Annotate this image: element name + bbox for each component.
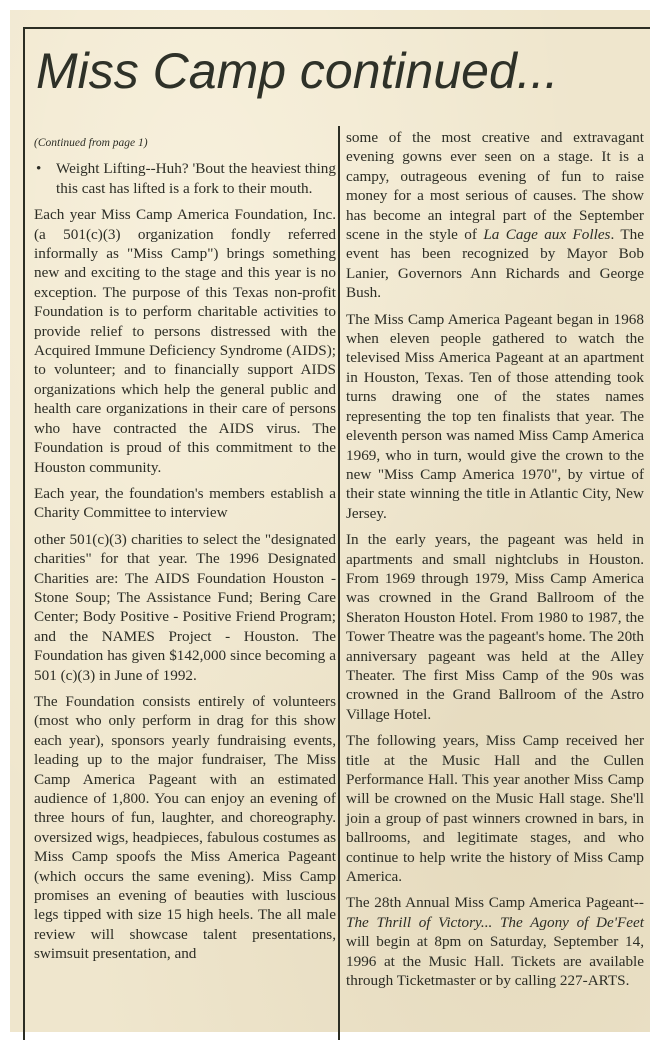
bullet-dot-icon: • [34,159,56,198]
paragraph: The Miss Camp America Pageant began in 1… [346,310,644,523]
pageant-title-italic: The Thrill of Victory... The Agony of De… [346,914,644,931]
left-border-rule [23,27,25,1040]
paragraph: In the early years, the pageant was held… [346,530,644,724]
paragraph: Each year, the foundation's members esta… [34,484,336,523]
right-column: some of the most creative and extravagan… [346,128,644,997]
text: The 28th Annual Miss Camp America Pagean… [346,894,644,911]
newspaper-clipping: Miss Camp continued... (Continued from p… [10,10,650,1032]
paragraph: The Foundation consists entirely of volu… [34,692,336,964]
show-title-italic: La Cage aux Folles [483,226,610,243]
paragraph: The 28th Annual Miss Camp America Pagean… [346,893,644,990]
paragraph: The following years, Miss Camp received … [346,731,644,886]
text: will begin at 8pm on Saturday, September… [346,933,644,989]
top-border-rule [23,27,650,29]
column-divider [338,126,340,1040]
paragraph: other 501(c)(3) charities to select the … [34,530,336,685]
headline: Miss Camp continued... [36,38,558,104]
bullet-text: Weight Lifting--Huh? 'Bout the heaviest … [56,159,336,198]
bullet-item: • Weight Lifting--Huh? 'Bout the heavies… [34,159,336,198]
left-column: (Continued from page 1) • Weight Lifting… [34,128,336,971]
continued-note: (Continued from page 1) [34,134,336,153]
paragraph: some of the most creative and extravagan… [346,128,644,303]
paragraph: Each year Miss Camp America Foundation, … [34,205,336,477]
